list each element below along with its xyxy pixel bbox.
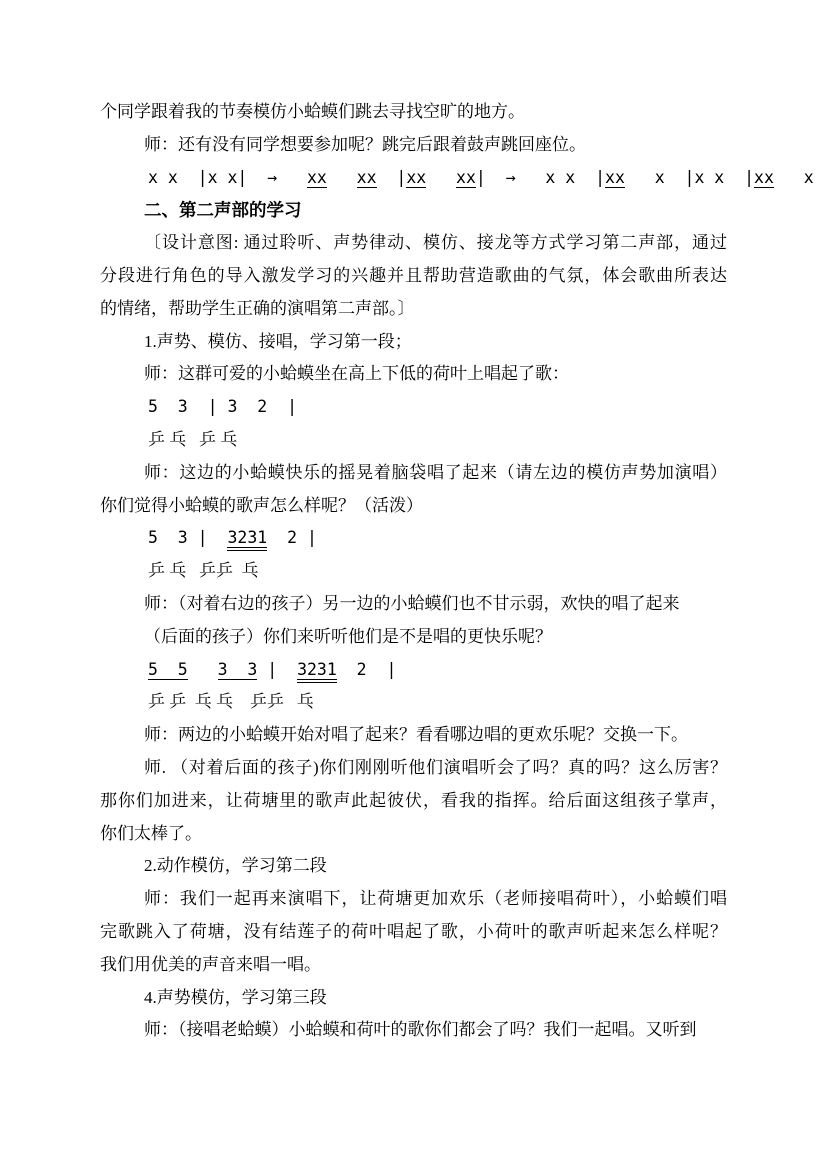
notation-text: 2 | — [337, 660, 397, 679]
teacher-line-duet: 师：两边的小蛤蟆开始对唱了起来？看看哪边唱的更欢乐呢？交换一下。 — [100, 719, 727, 752]
notation-text: x x |x x| → — [148, 168, 307, 187]
notation-line-3: 5 5 3 3 | 3231 2 | — [100, 654, 727, 687]
notation-text: 5 3 | 3 2 | — [148, 397, 297, 416]
teacher-line-back-kids-3: 那你们加进来，让荷塘里的歌声此起彼伏，看我的指挥。给后面这组孩子掌声， — [100, 785, 727, 818]
step-4-title: 4.声势模仿，学习第三段 — [100, 982, 727, 1015]
teacher-line-back-kids-4: 你们太棒了。 — [100, 818, 727, 851]
para-continuation-1: 个同学跟着我的节奏模仿小蛤蟆们跳去寻找空旷的地方。 — [100, 96, 727, 129]
teacher-line-back-kids: （后面的孩子）你们来听听他们是不是唱的更快乐呢？ — [100, 621, 727, 654]
rhythm-pattern-line: x x |x x| → xx xx |xx xx| → x x |xx x |x… — [100, 162, 727, 195]
teacher-line-second-part-1: 师：我们一起再来演唱下，让荷塘更加欢乐（老师接唱荷叶），小蛤蟆们唱 — [100, 883, 727, 916]
eighth-note-group: xx — [357, 168, 377, 188]
teacher-line-second-part-3: 我们用优美的声音来唱一唱。 — [100, 949, 727, 982]
document-page: 个同学跟着我的节奏模仿小蛤蟆们跳去寻找空旷的地方。师：还有没有同学想要参加呢？跳… — [0, 0, 827, 1170]
notation-text: x |x x | — [625, 168, 754, 187]
notation-text — [327, 168, 357, 187]
step-2-title: 2.动作模仿，学习第二段 — [100, 850, 727, 883]
teacher-line-third-part: 师：（接唱老蛤蟆）小蛤蟆和荷叶的歌你们都会了吗？我们一起唱。又听到 — [100, 1014, 727, 1047]
notation-line-1: 5 3 | 3 2 | — [100, 391, 727, 424]
step-1-title: 1.声势、模仿、接唱，学习第一段； — [100, 326, 727, 359]
notation-text: x | — [774, 168, 827, 187]
notation-text — [426, 168, 456, 187]
eighth-note-group: xx — [754, 168, 774, 188]
teacher-line-toads-sing: 师：这群可爱的小蛤蟆坐在高上下低的荷叶上唱起了歌： — [100, 358, 727, 391]
notation-text: | → x x | — [476, 168, 605, 187]
notation-text: | — [257, 660, 297, 679]
lyric-line-3: 乒 乒 乓 乓 乒乒 乓 — [100, 686, 727, 719]
notation-line-2: 5 3 | 3231 2 | — [100, 522, 727, 555]
eighth-note-group: xx — [307, 168, 327, 188]
design-intent-line-1: 〔设计意图: 通过聆听、声势律动、模仿、接龙等方式学习第二声部，通过 — [100, 227, 727, 260]
lyric-line-2: 乒 乓 乒乒 乓 — [100, 555, 727, 588]
teacher-line-join-invite: 师：还有没有同学想要参加呢？跳完后跟着鼓声跳回座位。 — [100, 129, 727, 162]
eighth-note-group: 5 5 — [148, 660, 188, 680]
document-body: 个同学跟着我的节奏模仿小蛤蟆们跳去寻找空旷的地方。师：还有没有同学想要参加呢？跳… — [100, 96, 727, 1047]
notation-text: 2 | — [267, 528, 317, 547]
teacher-line-second-part-2: 完歌跳入了荷塘，没有结莲子的荷叶唱起了歌，小荷叶的歌声听起来怎么样呢？ — [100, 916, 727, 949]
eighth-note-group: xx — [605, 168, 625, 188]
design-intent-line-3: 的情绪，帮助学生正确的演唱第二声部。〕 — [100, 293, 727, 326]
eighth-note-group: 3 3 — [218, 660, 258, 680]
notation-text — [188, 660, 218, 679]
sixteenth-note-group: 3231 — [297, 660, 337, 683]
teacher-line-left-group-2: 你们觉得小蛤蟆的歌声怎么样呢？（活泼） — [100, 490, 727, 523]
sixteenth-note-group: 3231 — [227, 528, 267, 551]
teacher-line-right-group: 师：（对着右边的孩子）另一边的小蛤蟆们也不甘示弱，欢快的唱了起来 — [100, 588, 727, 621]
notation-text: 5 3 | — [148, 528, 227, 547]
teacher-line-left-group: 师：这边的小蛤蟆快乐的摇晃着脑袋唱了起来（请左边的模仿声势加演唱） — [100, 457, 727, 490]
eighth-note-group: xx — [456, 168, 476, 188]
eighth-note-group: xx — [406, 168, 426, 188]
lyric-line-1: 乒 乓 乒 乓 — [100, 424, 727, 457]
section-heading: 二、第二声部的学习 — [100, 194, 727, 227]
notation-text: | — [377, 168, 407, 187]
teacher-line-back-kids-2: 师. （对着后面的孩子)你们刚刚听他们演唱听会了吗？真的吗？这么厉害？ — [100, 752, 727, 785]
design-intent-line-2: 分段进行角色的导入激发学习的兴趣并且帮助营造歌曲的气氛，体会歌曲所表达 — [100, 260, 727, 293]
